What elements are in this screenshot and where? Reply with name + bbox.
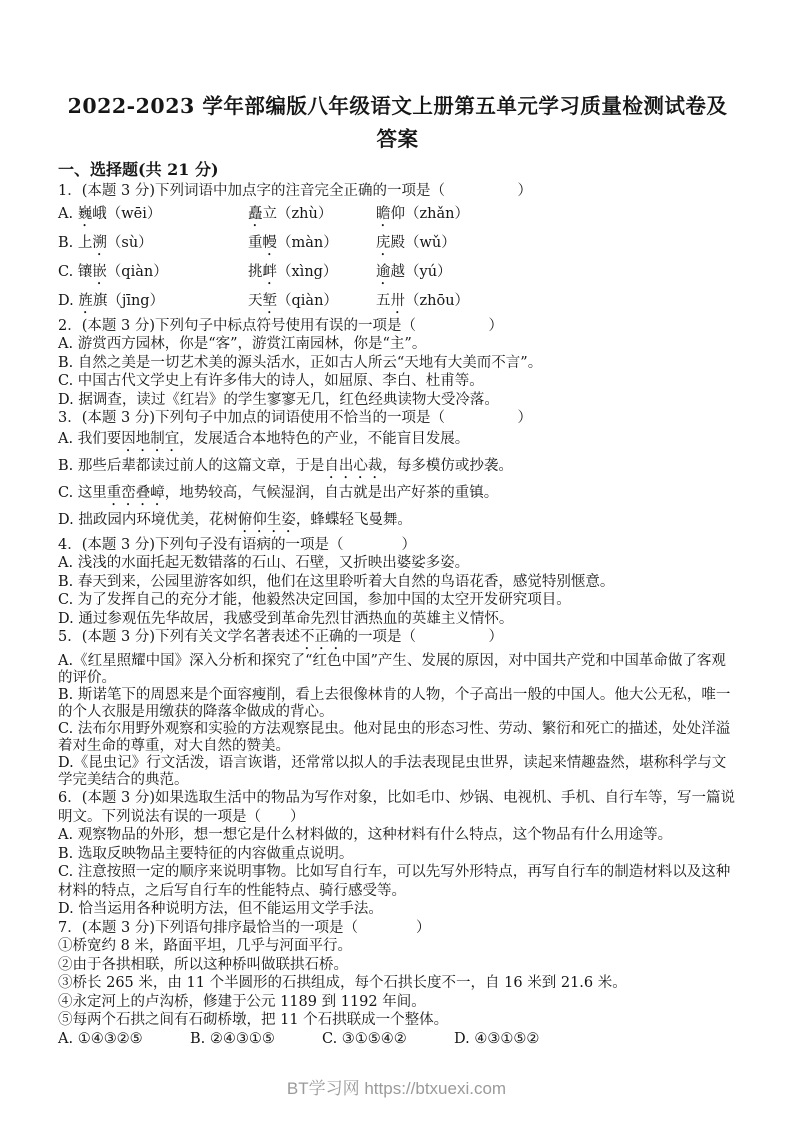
text-cell: A.《红星照耀中国》深入分析和探究了“红色中国”产生、发展的原因，对中国共产党和… — [58, 653, 737, 687]
text-cell: D.《昆虫记》行文活泼，语言诙谐，还常常以拟人的手法表现昆虫世界，读起来情趣盎然… — [58, 755, 737, 789]
question-2: 2．(本题 3 分)下列句子中标点符号使用有误的一项是（ ）A. 游赏西方园林，… — [58, 317, 737, 410]
text-cell: C. 中国古代文学史上有许多伟大的诗人，如屈原、李白、杜甫等。 — [58, 372, 484, 391]
text-segment: ，发展适合本地特色的产业，不能盲目发展。 — [179, 431, 469, 447]
text-cell: C. 注意按照一定的顺序来说明事物。比如写自行车，可以先写外形特点，再写自行车的… — [58, 863, 737, 900]
text-cell: B. ②④③①⑤ — [190, 1030, 322, 1049]
question-2-stem: 2．(本题 3 分)下列句子中标点符号使用有误的一项是（ ） — [58, 317, 737, 336]
text-segment: ④永定河上的卢沟桥，修建于公元 1189 到 1192 年间。 — [58, 994, 426, 1010]
text-segment: C. 法布尔用野外观察和实验的方法观察昆虫。他对昆虫的形态习性、劳动、繁衍和死亡… — [58, 721, 730, 754]
emphasized-text: 庑 — [376, 235, 391, 251]
text-segment: D. — [58, 293, 78, 309]
text-segment: ，蜂蝶轻飞曼舞。 — [296, 512, 412, 528]
question-4-option-a: A. 浅浅的水面托起无数错落的石山、石壁，又折映出婆娑多姿。 — [58, 554, 737, 573]
text-segment: 五 — [376, 293, 391, 309]
text-cell: B. 上溯（sù） — [58, 230, 248, 259]
question-1-option-b: B. 上溯（sù）重幔（màn）庑殿（wǔ） — [58, 230, 737, 259]
text-segment: 2．(本题 3 分)下列句子中标点符号使用有误的一项是（ ） — [58, 318, 503, 334]
text-segment: C. ③①⑤④② — [322, 1031, 407, 1047]
question-1: 1．(本题 3 分)下列词语中加点字的注音完全正确的一项是（ ）A. 巍峨（wē… — [58, 182, 737, 317]
text-cell: 瞻仰（zhǎn） — [376, 201, 469, 230]
emphasized-text: 因地制宜 — [121, 431, 179, 447]
question-4: 4．(本题 3 分)下列句子没有语病的一项是（ ）A. 浅浅的水面托起无数错落的… — [58, 536, 737, 629]
question-4-option-c: C. 为了发挥自己的充分才能，他毅然决定回国，参加中国的太空开发研究项目。 — [58, 591, 737, 610]
text-cell: A. 游赏西方园林，你是“客”，游赏江南园林，你是“主”。 — [58, 335, 426, 354]
question-6-stem: 6．(本题 3 分)如果选取生活中的物品为写作对象，比如毛巾、炒锅、电视机、手机… — [58, 789, 737, 826]
text-segment: （qiàn） — [277, 293, 338, 309]
text-cell: 1．(本题 3 分)下列词语中加点字的注音完全正确的一项是（ ） — [58, 182, 532, 201]
text-cell: A. 巍峨（wēi） — [58, 201, 248, 230]
question-7-sentence-3: ③桥长 265 米，由 11 个半圆形的石拱组成，每个石拱长度不一，自 16 米… — [58, 974, 737, 993]
emphasized-text: 矗 — [248, 206, 263, 222]
question-6-option-c: C. 注意按照一定的顺序来说明事物。比如写自行车，可以先写外形特点，再写自行车的… — [58, 863, 737, 900]
text-segment: 天 — [248, 293, 263, 309]
text-cell: ⑤每两个石拱之间有石砌桥墩，把 11 个石拱联成一个整体。 — [58, 1011, 448, 1030]
text-segment: B. 斯诺笔下的周恩来是个面容瘦削，看上去很像林肯的人物，个子高出一般的中国人。… — [58, 687, 730, 720]
question-6-option-b: B. 选取反映物品主要特征的内容做重点说明。 — [58, 845, 737, 864]
question-2-option-d: D. 据调查，读过《红岩》的学生寥寥无几，红色经典读物大受冷落。 — [58, 391, 737, 410]
question-1-option-c: C. 镶嵌（qiàn）挑衅（xìng）逾越（yú） — [58, 259, 737, 288]
text-segment: D. 拙政园内环境优美，花树 — [58, 512, 238, 528]
text-cell: 3．(本题 3 分)下列句子中加点的词语使用不恰当的一项是（ ） — [58, 409, 532, 428]
question-list: 1．(本题 3 分)下列词语中加点字的注音完全正确的一项是（ ）A. 巍峨（wē… — [58, 182, 737, 1048]
text-cell: D. ④③①⑤② — [454, 1030, 539, 1049]
text-segment: 的一项是（ ） — [343, 629, 503, 645]
text-segment: D. ④③①⑤② — [454, 1031, 539, 1047]
text-segment: D. 据调查，读过《红岩》的学生寥寥无几，红色经典读物大受冷落。 — [58, 392, 499, 408]
emphasized-text: 卅 — [391, 293, 406, 309]
question-5-option-c: C. 法布尔用野外观察和实验的方法观察昆虫。他对昆虫的形态习性、劳动、繁衍和死亡… — [58, 721, 737, 755]
text-segment: 殿（wǔ） — [391, 235, 456, 251]
text-segment: B. 自然之美是一切艺术美的源头活水，正如古人所云“天地有大美而不言”。 — [58, 355, 542, 371]
text-segment: D. 通过参观伍先华故居，我感受到革命先烈甘洒热血的英雄主义情怀。 — [58, 611, 513, 627]
text-cell: ②由于各拱相联，所以这种桥叫做联拱石桥。 — [58, 956, 348, 975]
question-6-option-d: D. 恰当运用各种说明方法，但不能运用文学手法。 — [58, 900, 737, 919]
text-segment: C. 中国古代文学史上有许多伟大的诗人，如屈原、李白、杜甫等。 — [58, 373, 484, 389]
text-segment: 7．(本题 3 分)下列语句排序最恰当的一项是（ ） — [58, 920, 430, 936]
text-cell: 天堑（qiàn） — [248, 288, 376, 317]
text-segment: ②由于各拱相联，所以这种桥叫做联拱石桥。 — [58, 957, 348, 973]
question-2-option-a: A. 游赏西方园林，你是“客”，游赏江南园林，你是“主”。 — [58, 335, 737, 354]
question-7-stem: 7．(本题 3 分)下列语句排序最恰当的一项是（ ） — [58, 919, 737, 938]
question-6-option-a: A. 观察物品的外形，想一想它是什么材料做的，这种材料有什么特点，这个物品有什么… — [58, 826, 737, 845]
text-cell: 五卅（zhōu） — [376, 288, 469, 317]
exam-document-page: 2022-2023 学年部编版八年级语文上册第五单元学习质量检测试卷及 答案 一… — [0, 0, 793, 1122]
emphasized-text: 堑 — [263, 293, 278, 309]
text-segment: B. 上 — [58, 235, 92, 251]
text-cell: C. 这里重峦叠嶂，地势较高，气候湿润，自古就是出产好茶的重镇。 — [58, 482, 498, 509]
question-7-sentence-4: ④永定河上的卢沟桥，修建于公元 1189 到 1192 年间。 — [58, 993, 737, 1012]
text-segment: ③桥长 265 米，由 11 个半圆形的石拱组成，每个石拱长度不一，自 16 米… — [58, 975, 627, 991]
text-segment: C. 镶 — [58, 264, 92, 280]
text-segment: A. 观察物品的外形，想一想它是什么材料做的，这种材料有什么特点，这个物品有什么… — [58, 827, 672, 843]
question-3: 3．(本题 3 分)下列句子中加点的词语使用不恰当的一项是（ ）A. 我们要因地… — [58, 409, 737, 536]
text-segment: 峨（wēi） — [92, 206, 161, 222]
document-content: 2022-2023 学年部编版八年级语文上册第五单元学习质量检测试卷及 答案 一… — [58, 90, 737, 1048]
footer-watermark: BT学习网 https://btxuexi.com — [0, 1074, 793, 1099]
text-cell: 逾越（yú） — [376, 259, 452, 288]
text-segment: ，每多模仿或抄袭。 — [382, 458, 513, 474]
text-segment: A. 浅浅的水面托起无数错落的石山、石壁，又折映出婆娑多姿。 — [58, 555, 469, 571]
emphasized-text: 衅 — [263, 264, 278, 280]
text-cell: B. 春天到来，公园里游客如织，他们在这里聆听着大自然的鸟语花香，感觉特别惬意。 — [58, 573, 614, 592]
question-5-option-a: A.《红星照耀中国》深入分析和探究了“红色中国”产生、发展的原因，对中国共产党和… — [58, 653, 737, 687]
text-segment: C. 为了发挥自己的充分才能，他毅然决定回国，参加中国的太空开发研究项目。 — [58, 592, 571, 608]
text-cell: 7．(本题 3 分)下列语句排序最恰当的一项是（ ） — [58, 919, 430, 938]
question-4-stem: 4．(本题 3 分)下列句子没有语病的一项是（ ） — [58, 536, 737, 555]
text-segment: 重 — [248, 235, 263, 251]
text-segment: A.《红星照耀中国》深入分析和探究了“红色中国”产生、发展的原因，对中国共产党和… — [58, 653, 726, 686]
text-segment: C. 这里 — [58, 485, 107, 501]
text-segment: ⑤每两个石拱之间有石砌桥墩，把 11 个石拱联成一个整体。 — [58, 1012, 448, 1028]
section-header: 一、选择题(共 21 分) — [58, 158, 737, 182]
emphasized-text: 溯 — [92, 235, 107, 251]
document-title: 2022-2023 学年部编版八年级语文上册第五单元学习质量检测试卷及 答案 — [58, 90, 737, 156]
text-segment: D. 恰当运用各种说明方法，但不能运用文学手法。 — [58, 901, 383, 917]
text-cell: 矗立（zhù） — [248, 201, 376, 230]
text-segment: 旗（jīng） — [93, 293, 164, 309]
text-segment: A. 我们要 — [58, 431, 121, 447]
text-cell: D. 据调查，读过《红岩》的学生寥寥无几，红色经典读物大受冷落。 — [58, 391, 499, 410]
question-4-option-d: D. 通过参观伍先华故居，我感受到革命先烈甘洒热血的英雄主义情怀。 — [58, 610, 737, 629]
question-5-option-b: B. 斯诺笔下的周恩来是个面容瘦削，看上去很像林肯的人物，个子高出一般的中国人。… — [58, 687, 737, 721]
text-segment: 4．(本题 3 分)下列句子没有语病的一项是（ ） — [58, 537, 416, 553]
text-cell: ③桥长 265 米，由 11 个半圆形的石拱组成，每个石拱长度不一，自 16 米… — [58, 974, 627, 993]
text-segment: C. 注意按照一定的顺序来说明事物。比如写自行车，可以先写外形特点，再写自行车的… — [58, 864, 730, 899]
text-cell: 6．(本题 3 分)如果选取生活中的物品为写作对象，比如毛巾、炒锅、电视机、手机… — [58, 789, 737, 826]
question-7-sentence-1: ①桥宽约 8 米，路面平坦，几乎与河面平行。 — [58, 937, 737, 956]
text-cell: 2．(本题 3 分)下列句子中标点符号使用有误的一项是（ ） — [58, 317, 503, 336]
emphasized-text: 嵌 — [92, 264, 107, 280]
question-3-option-a: A. 我们要因地制宜，发展适合本地特色的产业，不能盲目发展。 — [58, 428, 737, 455]
text-cell: C. 镶嵌（qiàn） — [58, 259, 248, 288]
text-segment: 1．(本题 3 分)下列词语中加点字的注音完全正确的一项是（ ） — [58, 183, 532, 199]
question-5-stem: 5．(本题 3 分)下列有关文学名著表述不正确的一项是（ ） — [58, 628, 737, 653]
emphasized-text: 不正确 — [300, 629, 344, 645]
emphasized-text: 幔 — [263, 235, 278, 251]
text-segment: ①桥宽约 8 米，路面平坦，几乎与河面平行。 — [58, 938, 352, 954]
text-cell: 4．(本题 3 分)下列句子没有语病的一项是（ ） — [58, 536, 416, 555]
question-7-sentence-2: ②由于各拱相联，所以这种桥叫做联拱石桥。 — [58, 956, 737, 975]
text-cell: D. 拙政园内环境优美，花树俯仰生姿，蜂蝶轻飞曼舞。 — [58, 509, 412, 536]
question-4-option-b: B. 春天到来，公园里游客如织，他们在这里聆听着大自然的鸟语花香，感觉特别惬意。 — [58, 573, 737, 592]
question-1-option-a: A. 巍峨（wēi）矗立（zhù）瞻仰（zhǎn） — [58, 201, 737, 230]
text-segment: B. 选取反映物品主要特征的内容做重点说明。 — [58, 846, 353, 862]
text-segment: 3．(本题 3 分)下列句子中加点的词语使用不恰当的一项是（ ） — [58, 410, 532, 426]
text-cell: A. ①④③②⑤ — [58, 1030, 190, 1049]
text-cell: D. 旌旗（jīng） — [58, 288, 248, 317]
text-cell: C. ③①⑤④② — [322, 1030, 454, 1049]
question-1-option-d: D. 旌旗（jīng）天堑（qiàn）五卅（zhōu） — [58, 288, 737, 317]
emphasized-text: 自出心裁 — [324, 458, 382, 474]
text-segment: B. 春天到来，公园里游客如织，他们在这里聆听着大自然的鸟语花香，感觉特别惬意。 — [58, 574, 614, 590]
text-segment: 仰（zhǎn） — [391, 206, 469, 222]
question-3-option-c: C. 这里重峦叠嶂，地势较高，气候湿润，自古就是出产好茶的重镇。 — [58, 482, 737, 509]
text-segment: A. ①④③②⑤ — [58, 1031, 143, 1047]
text-cell: A. 我们要因地制宜，发展适合本地特色的产业，不能盲目发展。 — [58, 428, 469, 455]
text-segment: （sù） — [107, 235, 153, 251]
document-title-line2: 答案 — [58, 123, 737, 156]
question-1-stem: 1．(本题 3 分)下列词语中加点字的注音完全正确的一项是（ ） — [58, 182, 737, 201]
text-segment: （qiàn） — [107, 264, 168, 280]
text-cell: 庑殿（wǔ） — [376, 230, 456, 259]
emphasized-text: 俯仰生姿 — [238, 512, 296, 528]
text-cell: 挑衅（xìng） — [248, 259, 376, 288]
text-cell: C. 法布尔用野外观察和实验的方法观察昆虫。他对昆虫的形态习性、劳动、繁衍和死亡… — [58, 721, 737, 755]
text-segment: （xìng） — [277, 264, 337, 280]
text-cell: 5．(本题 3 分)下列有关文学名著表述不正确的一项是（ ） — [58, 628, 503, 653]
text-segment: 越（yú） — [391, 264, 452, 280]
text-segment: 6．(本题 3 分)如果选取生活中的物品为写作对象，比如毛巾、炒锅、电视机、手机… — [58, 790, 735, 825]
text-cell: A. 观察物品的外形，想一想它是什么材料做的，这种材料有什么特点，这个物品有什么… — [58, 826, 672, 845]
question-7-sentence-5: ⑤每两个石拱之间有石砌桥墩，把 11 个石拱联成一个整体。 — [58, 1011, 737, 1030]
text-segment: B. 那些后辈都读过前人的这篇文章，于是 — [58, 458, 324, 474]
question-5: 5．(本题 3 分)下列有关文学名著表述不正确的一项是（ ）A.《红星照耀中国》… — [58, 628, 737, 789]
question-7-answer-row: A. ①④③②⑤B. ②④③①⑤C. ③①⑤④②D. ④③①⑤② — [58, 1030, 737, 1049]
text-cell: ④永定河上的卢沟桥，修建于公元 1189 到 1192 年间。 — [58, 993, 426, 1012]
emphasized-text: 逾 — [376, 264, 391, 280]
emphasized-text: 瞻 — [376, 206, 391, 222]
question-3-option-d: D. 拙政园内环境优美，花树俯仰生姿，蜂蝶轻飞曼舞。 — [58, 509, 737, 536]
text-segment: B. ②④③①⑤ — [190, 1031, 275, 1047]
emphasized-text: 重峦叠嶂 — [107, 485, 165, 501]
text-cell: D. 通过参观伍先华故居，我感受到革命先烈甘洒热血的英雄主义情怀。 — [58, 610, 513, 629]
question-2-option-b: B. 自然之美是一切艺术美的源头活水，正如古人所云“天地有大美而不言”。 — [58, 354, 737, 373]
question-2-option-c: C. 中国古代文学史上有许多伟大的诗人，如屈原、李白、杜甫等。 — [58, 372, 737, 391]
emphasized-text: 旌 — [78, 293, 93, 309]
text-cell: B. 选取反映物品主要特征的内容做重点说明。 — [58, 845, 353, 864]
question-3-option-b: B. 那些后辈都读过前人的这篇文章，于是自出心裁，每多模仿或抄袭。 — [58, 455, 737, 482]
emphasized-text: 巍 — [78, 206, 93, 222]
text-segment: 挑 — [248, 264, 263, 280]
question-3-stem: 3．(本题 3 分)下列句子中加点的词语使用不恰当的一项是（ ） — [58, 409, 737, 428]
text-segment: A. 游赏西方园林，你是“客”，游赏江南园林，你是“主”。 — [58, 336, 426, 352]
text-cell: 重幔（màn） — [248, 230, 376, 259]
text-segment: （zhōu） — [405, 293, 469, 309]
text-segment: 立（zhù） — [263, 206, 333, 222]
question-7: 7．(本题 3 分)下列语句排序最恰当的一项是（ ）①桥宽约 8 米，路面平坦，… — [58, 919, 737, 1049]
text-cell: ①桥宽约 8 米，路面平坦，几乎与河面平行。 — [58, 937, 352, 956]
text-segment: ，地势较高，气候湿润，自古就是出产好茶的重镇。 — [165, 485, 499, 501]
text-cell: B. 斯诺笔下的周恩来是个面容瘦削，看上去很像林肯的人物，个子高出一般的中国人。… — [58, 687, 737, 721]
text-segment: 5．(本题 3 分)下列有关文学名著表述 — [58, 629, 300, 645]
text-cell: B. 自然之美是一切艺术美的源头活水，正如古人所云“天地有大美而不言”。 — [58, 354, 542, 373]
document-title-line1: 2022-2023 学年部编版八年级语文上册第五单元学习质量检测试卷及 — [58, 90, 737, 123]
text-cell: D. 恰当运用各种说明方法，但不能运用文学手法。 — [58, 900, 383, 919]
text-segment: D.《昆虫记》行文活泼，语言诙谐，还常常以拟人的手法表现昆虫世界，读起来情趣盎然… — [58, 755, 726, 788]
text-cell: A. 浅浅的水面托起无数错落的石山、石壁，又折映出婆娑多姿。 — [58, 554, 469, 573]
question-5-option-d: D.《昆虫记》行文活泼，语言诙谐，还常常以拟人的手法表现昆虫世界，读起来情趣盎然… — [58, 755, 737, 789]
question-6: 6．(本题 3 分)如果选取生活中的物品为写作对象，比如毛巾、炒锅、电视机、手机… — [58, 789, 737, 919]
text-cell: B. 那些后辈都读过前人的这篇文章，于是自出心裁，每多模仿或抄袭。 — [58, 455, 513, 482]
text-segment: A. — [58, 206, 78, 222]
text-segment: （màn） — [277, 235, 338, 251]
text-cell: C. 为了发挥自己的充分才能，他毅然决定回国，参加中国的太空开发研究项目。 — [58, 591, 571, 610]
